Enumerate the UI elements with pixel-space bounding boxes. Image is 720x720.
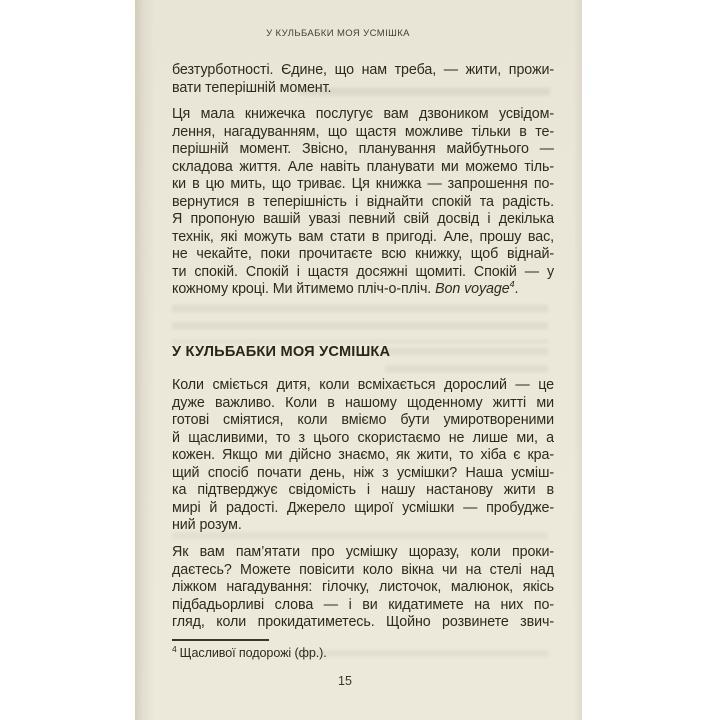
text-line: не чекайте, поки прочитаєте всю книжку, … (172, 246, 554, 264)
text-line: ліжком нагадування: гілочку, листочок, м… (172, 579, 554, 597)
text-line: й щасливими, то з цього скористаємо не л… (172, 430, 554, 448)
paragraph-2: Ця мала книжечка послугує вам дзвоником … (172, 106, 554, 299)
text-line: підбадьорливі слова — і ви кидатимете на… (172, 597, 554, 615)
text-line: перішній момент. Звісно, планування майб… (172, 141, 554, 159)
text-line: ка підтверджує свідомість і нашу настано… (172, 482, 554, 500)
text-segment: кожному кроці. Ми йтимемо пліч-о-пліч. (172, 281, 435, 297)
text-line: гляд, коли прокидатиметесь. Щойно розвин… (172, 614, 554, 632)
text-line: кожен. Якщо ми дійсно знаємо, як жити, т… (172, 447, 554, 465)
text-line: безтурботності. Єдине, що нам треба, — ж… (172, 62, 554, 80)
text-line: Як вам пам’ятати про усмішку щоразу, кол… (172, 544, 554, 562)
page-number: 15 (155, 674, 535, 688)
paragraph-1: безтурботності. Єдине, що нам треба, — ж… (172, 62, 554, 97)
paragraph-lines: безтурботності. Єдине, що нам треба, — ж… (172, 62, 554, 80)
text-line: мирі й радості. Джерело щирої усмішки — … (172, 500, 554, 518)
text-line: ти спокій. Спокій і щастя досяжні щомиті… (172, 264, 554, 282)
scan-background: У КУЛЬБАБКИ МОЯ УСМІШКА безтурботності. … (0, 0, 720, 720)
text-column: безтурботності. Єдине, що нам треба, — ж… (172, 0, 554, 720)
footnote: 4Щасливої подорожі (фр.). (172, 646, 554, 660)
paragraph-4: Як вам пам’ятати про усмішку щоразу, кол… (172, 544, 554, 632)
section-heading: У КУЛЬБАБКИ МОЯ УСМІШКА (172, 344, 390, 360)
text-line: дуже важливо. Коли в нашому щоденному жи… (172, 395, 554, 413)
text-line: лення, нагадуванням, що щастя можливе ті… (172, 124, 554, 142)
text-line: технік, які можуть вам стати в пригоді. … (172, 229, 554, 247)
footnote-rule (172, 639, 269, 641)
book-page: У КУЛЬБАБКИ МОЯ УСМІШКА безтурботності. … (135, 0, 582, 720)
text-line: вернутися в теперішність і віднайти спок… (172, 194, 554, 212)
footnote-marker: 4 (172, 644, 177, 654)
text-line: кожному кроці. Ми йтимемо пліч-о-пліч. B… (172, 281, 554, 299)
paragraph-lines: Ця мала книжечка послугує вам дзвоником … (172, 106, 554, 281)
text-line: складова життя. Але навіть планувати ми … (172, 159, 554, 177)
paragraph-3: Коли сміється дитя, коли всміхається дор… (172, 377, 554, 535)
text-line: вати теперішній момент. (172, 80, 554, 98)
text-line: Ця мала книжечка послугує вам дзвоником … (172, 106, 554, 124)
paragraph-lines: Як вам пам’ятати про усмішку щоразу, кол… (172, 544, 554, 632)
text-line: готові сміятися, коли вміємо бути умирот… (172, 412, 554, 430)
text-line: ки в цю мить, що триває. Ця книжка — зап… (172, 176, 554, 194)
italic-foreign-phrase: Bon voyage (435, 281, 510, 297)
text-line: щий спосіб почати день, ніж з усмішки? Н… (172, 465, 554, 483)
text-line: Я пропоную вашій увазі певний свій досві… (172, 211, 554, 229)
footnote-text: Щасливої подорожі (фр.). (180, 646, 327, 660)
paragraph-lines: Коли сміється дитя, коли всміхається дор… (172, 377, 554, 517)
text-segment: . (514, 281, 518, 297)
text-line: Коли сміється дитя, коли всміхається дор… (172, 377, 554, 395)
text-line: ний розум. (172, 517, 554, 535)
text-line: даєтесь? Можете повісити коло вікна чи н… (172, 562, 554, 580)
